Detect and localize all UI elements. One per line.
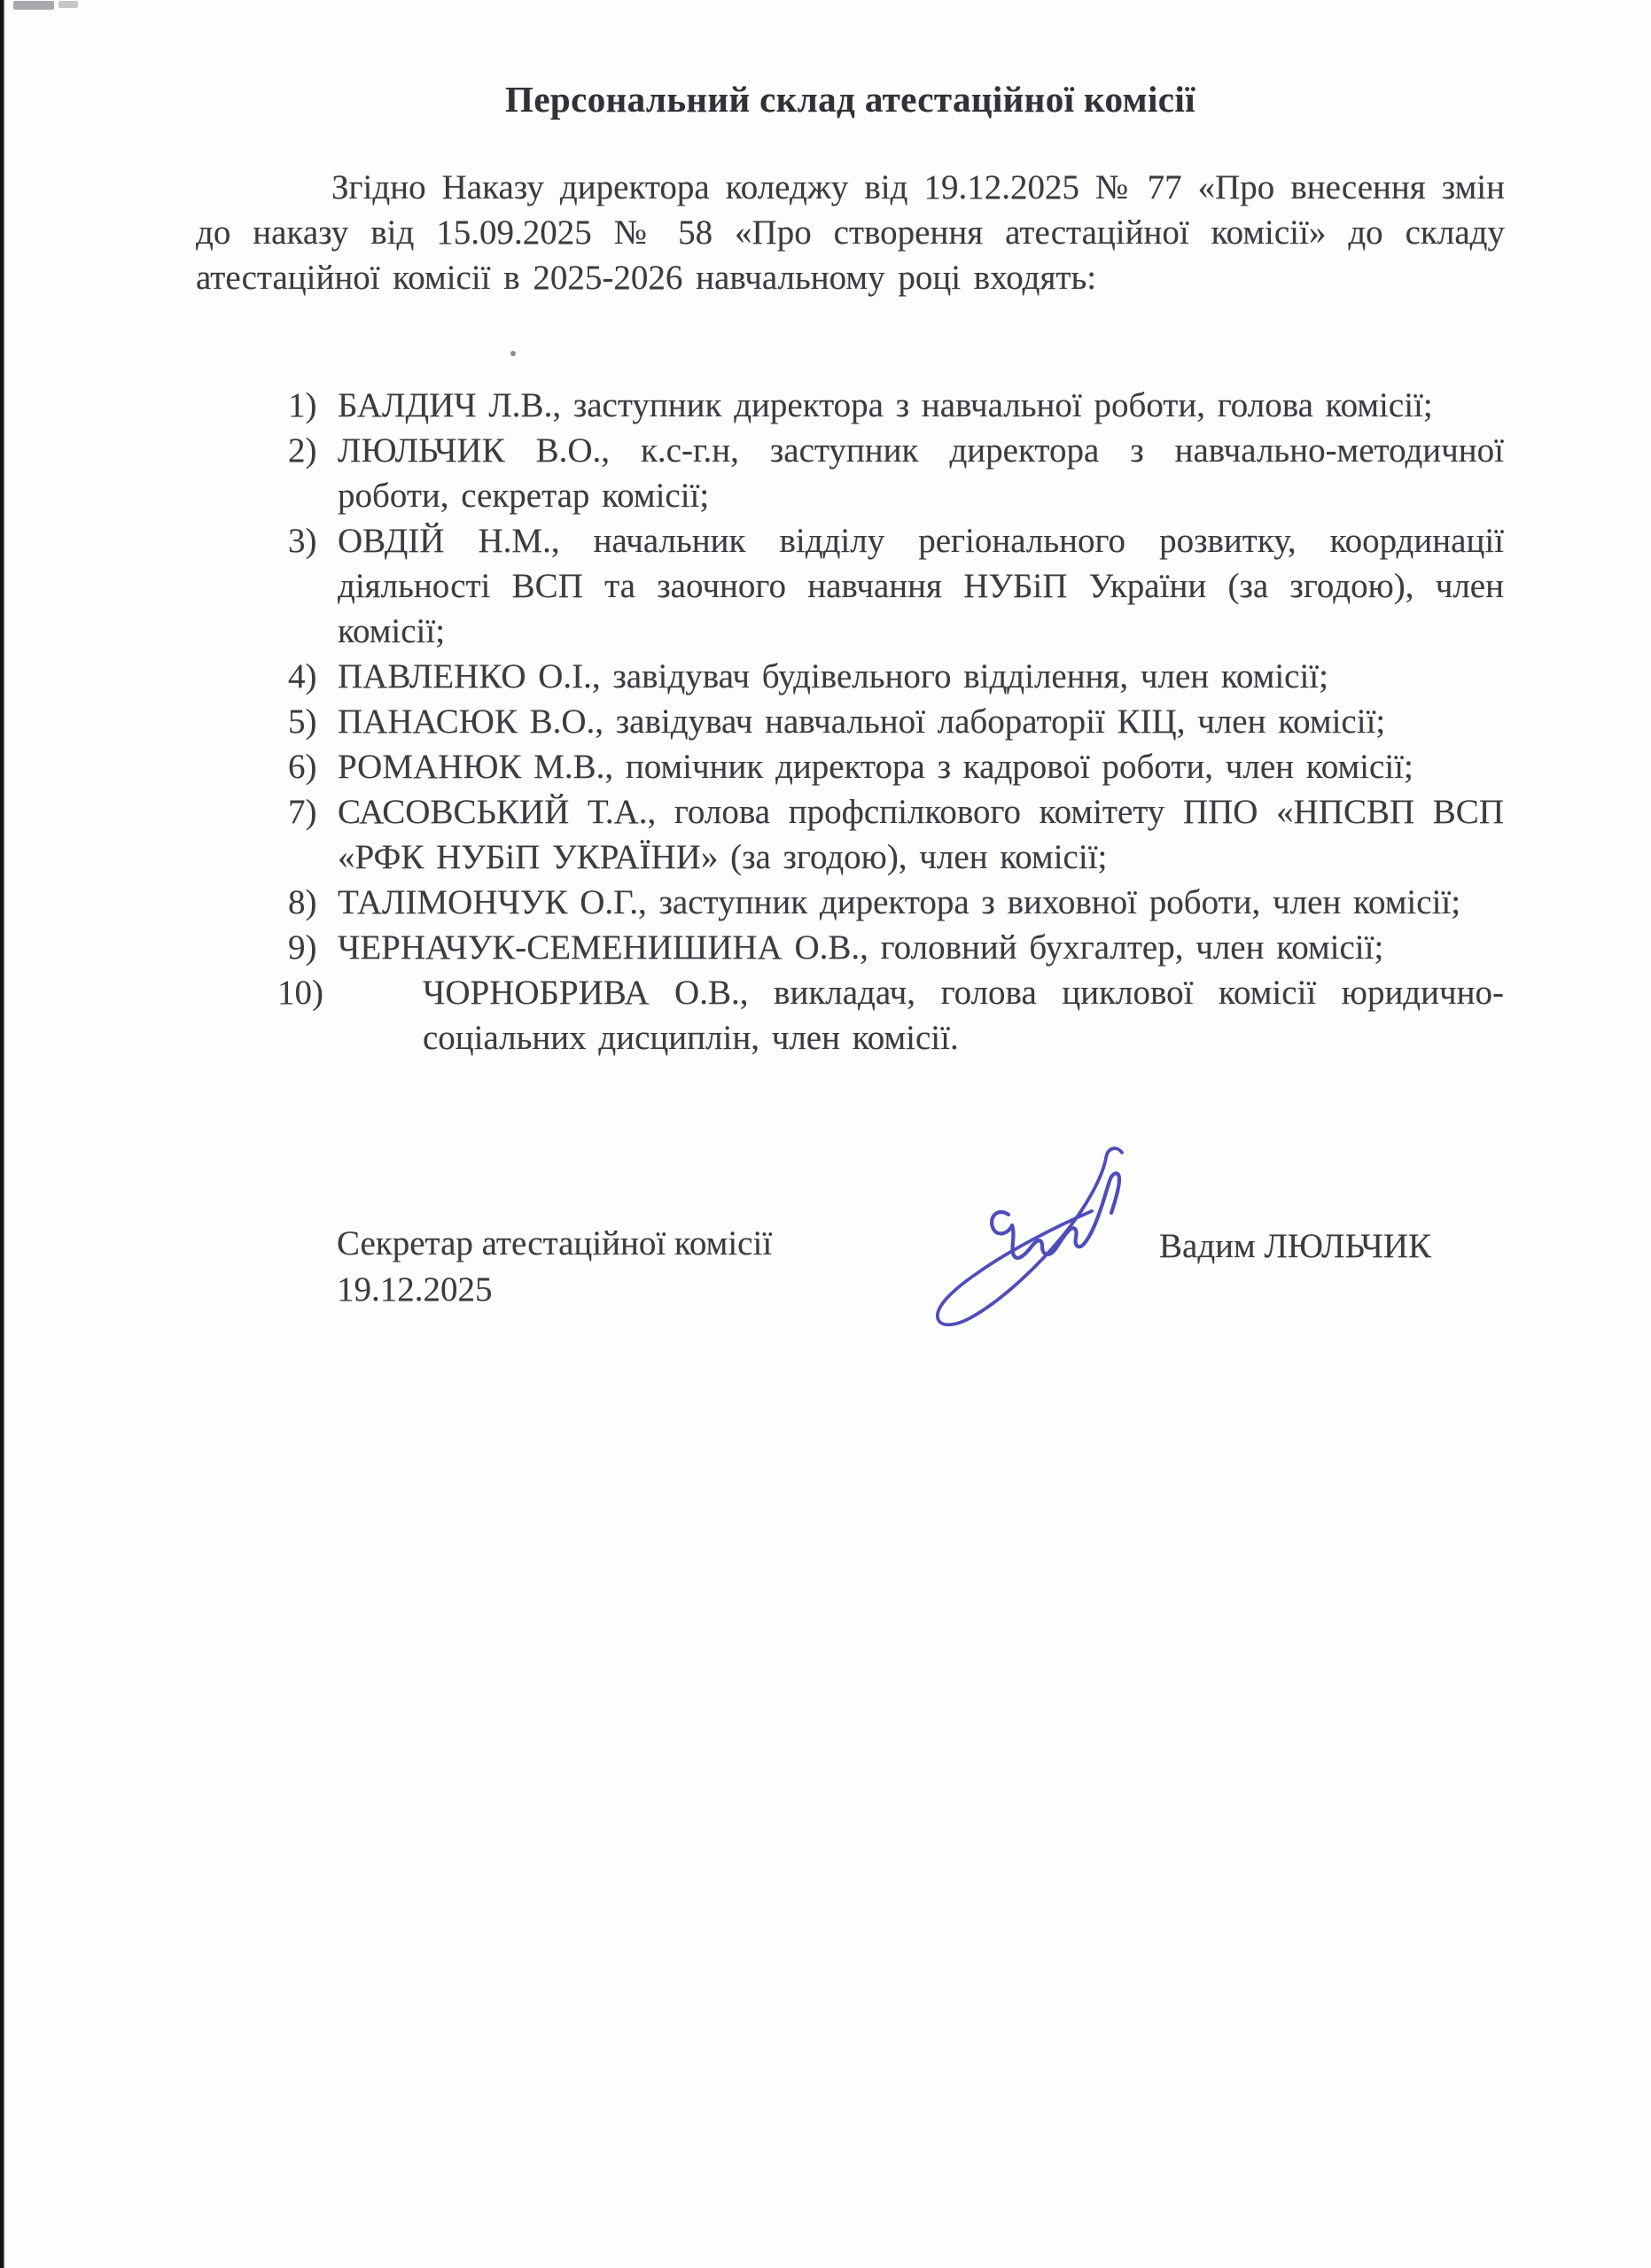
scan-edge-artifact <box>0 0 6 2268</box>
list-item-number: 8) <box>288 880 317 925</box>
intro-paragraph: Згідно Наказу директора коледжу від 19.1… <box>196 165 1505 300</box>
member-list-item: 8) ТАЛІМОНЧУК О.Г., заступник директора … <box>288 880 1504 925</box>
member-list-item: 3) ОВДІЙ Н.М., начальник відділу регіона… <box>288 518 1504 654</box>
member-list-item: 9) ЧЕРНАЧУК-СЕМЕНИШИНА О.В., головний бу… <box>288 925 1504 970</box>
signature-date: 19.12.2025 <box>337 1270 493 1309</box>
list-item-number: 6) <box>288 744 317 789</box>
list-item-text: ЧОРНОБРИВА О.В., викладач, голова циклов… <box>423 974 1504 1057</box>
list-item-number: 3) <box>288 518 317 563</box>
member-list-item: 7) САСОВСЬКИЙ Т.А., голова профспілковог… <box>288 789 1504 880</box>
list-item-text: ЧЕРНАЧУК-СЕМЕНИШИНА О.В., головний бухга… <box>338 928 1383 967</box>
signatory-role: Секретар атестаційної комісії <box>337 1223 772 1263</box>
list-item-number: 10) <box>277 970 323 1015</box>
list-item-number: 1) <box>288 383 317 428</box>
handwritten-signature <box>904 1138 1143 1333</box>
list-item-number: 7) <box>288 789 317 835</box>
ink-dot-artifact <box>510 351 516 356</box>
member-list-item: 6) РОМАНЮК М.В., помічник директора з ка… <box>288 744 1504 789</box>
member-list: 1) БАЛДИЧ Л.В., заступник директора з на… <box>288 383 1504 1060</box>
list-item-text: ТАЛІМОНЧУК О.Г., заступник директора з в… <box>338 883 1460 921</box>
document-page: Персональний склад атестаційної комісії … <box>0 0 1651 2268</box>
member-list-item: 1) БАЛДИЧ Л.В., заступник директора з на… <box>288 383 1504 428</box>
list-item-number: 9) <box>288 925 317 970</box>
list-item-number: 5) <box>288 699 317 744</box>
list-item-text: ОВДІЙ Н.М., начальник відділу регіональн… <box>338 522 1504 650</box>
list-item-text: САСОВСЬКИЙ Т.А., голова профспілкового к… <box>338 793 1504 876</box>
document-title: Персональний склад атестаційної комісії <box>196 78 1505 120</box>
list-item-text: ЛЮЛЬЧИК В.О., к.с-г.н, заступник директо… <box>338 431 1504 515</box>
member-list-item: 4) ПАВЛЕНКО О.І., завідувач будівельного… <box>288 654 1504 699</box>
signature-ink-path <box>938 1148 1122 1324</box>
list-item-text: РОМАНЮК М.В., помічник директора з кадро… <box>338 748 1413 786</box>
list-item-text: ПАНАСЮК В.О., завідувач навчальної лабор… <box>338 703 1385 741</box>
list-item-number: 2) <box>288 428 317 473</box>
signatory-name: Вадим ЛЮЛЬЧИК <box>1159 1226 1431 1266</box>
list-item-text: ПАВЛЕНКО О.І., завідувач будівельного ві… <box>338 657 1328 695</box>
scan-smudge-artifact <box>58 1 78 8</box>
list-item-text: БАЛДИЧ Л.В., заступник директора з навча… <box>338 386 1433 424</box>
member-list-item: 10) ЧОРНОБРИВА О.В., викладач, голова ци… <box>288 970 1504 1060</box>
scan-smudge-artifact <box>13 1 54 10</box>
member-list-item: 5) ПАНАСЮК В.О., завідувач навчальної ла… <box>288 699 1504 744</box>
member-list-item: 2) ЛЮЛЬЧИК В.О., к.с-г.н, заступник дире… <box>288 428 1504 518</box>
list-item-number: 4) <box>288 654 317 699</box>
